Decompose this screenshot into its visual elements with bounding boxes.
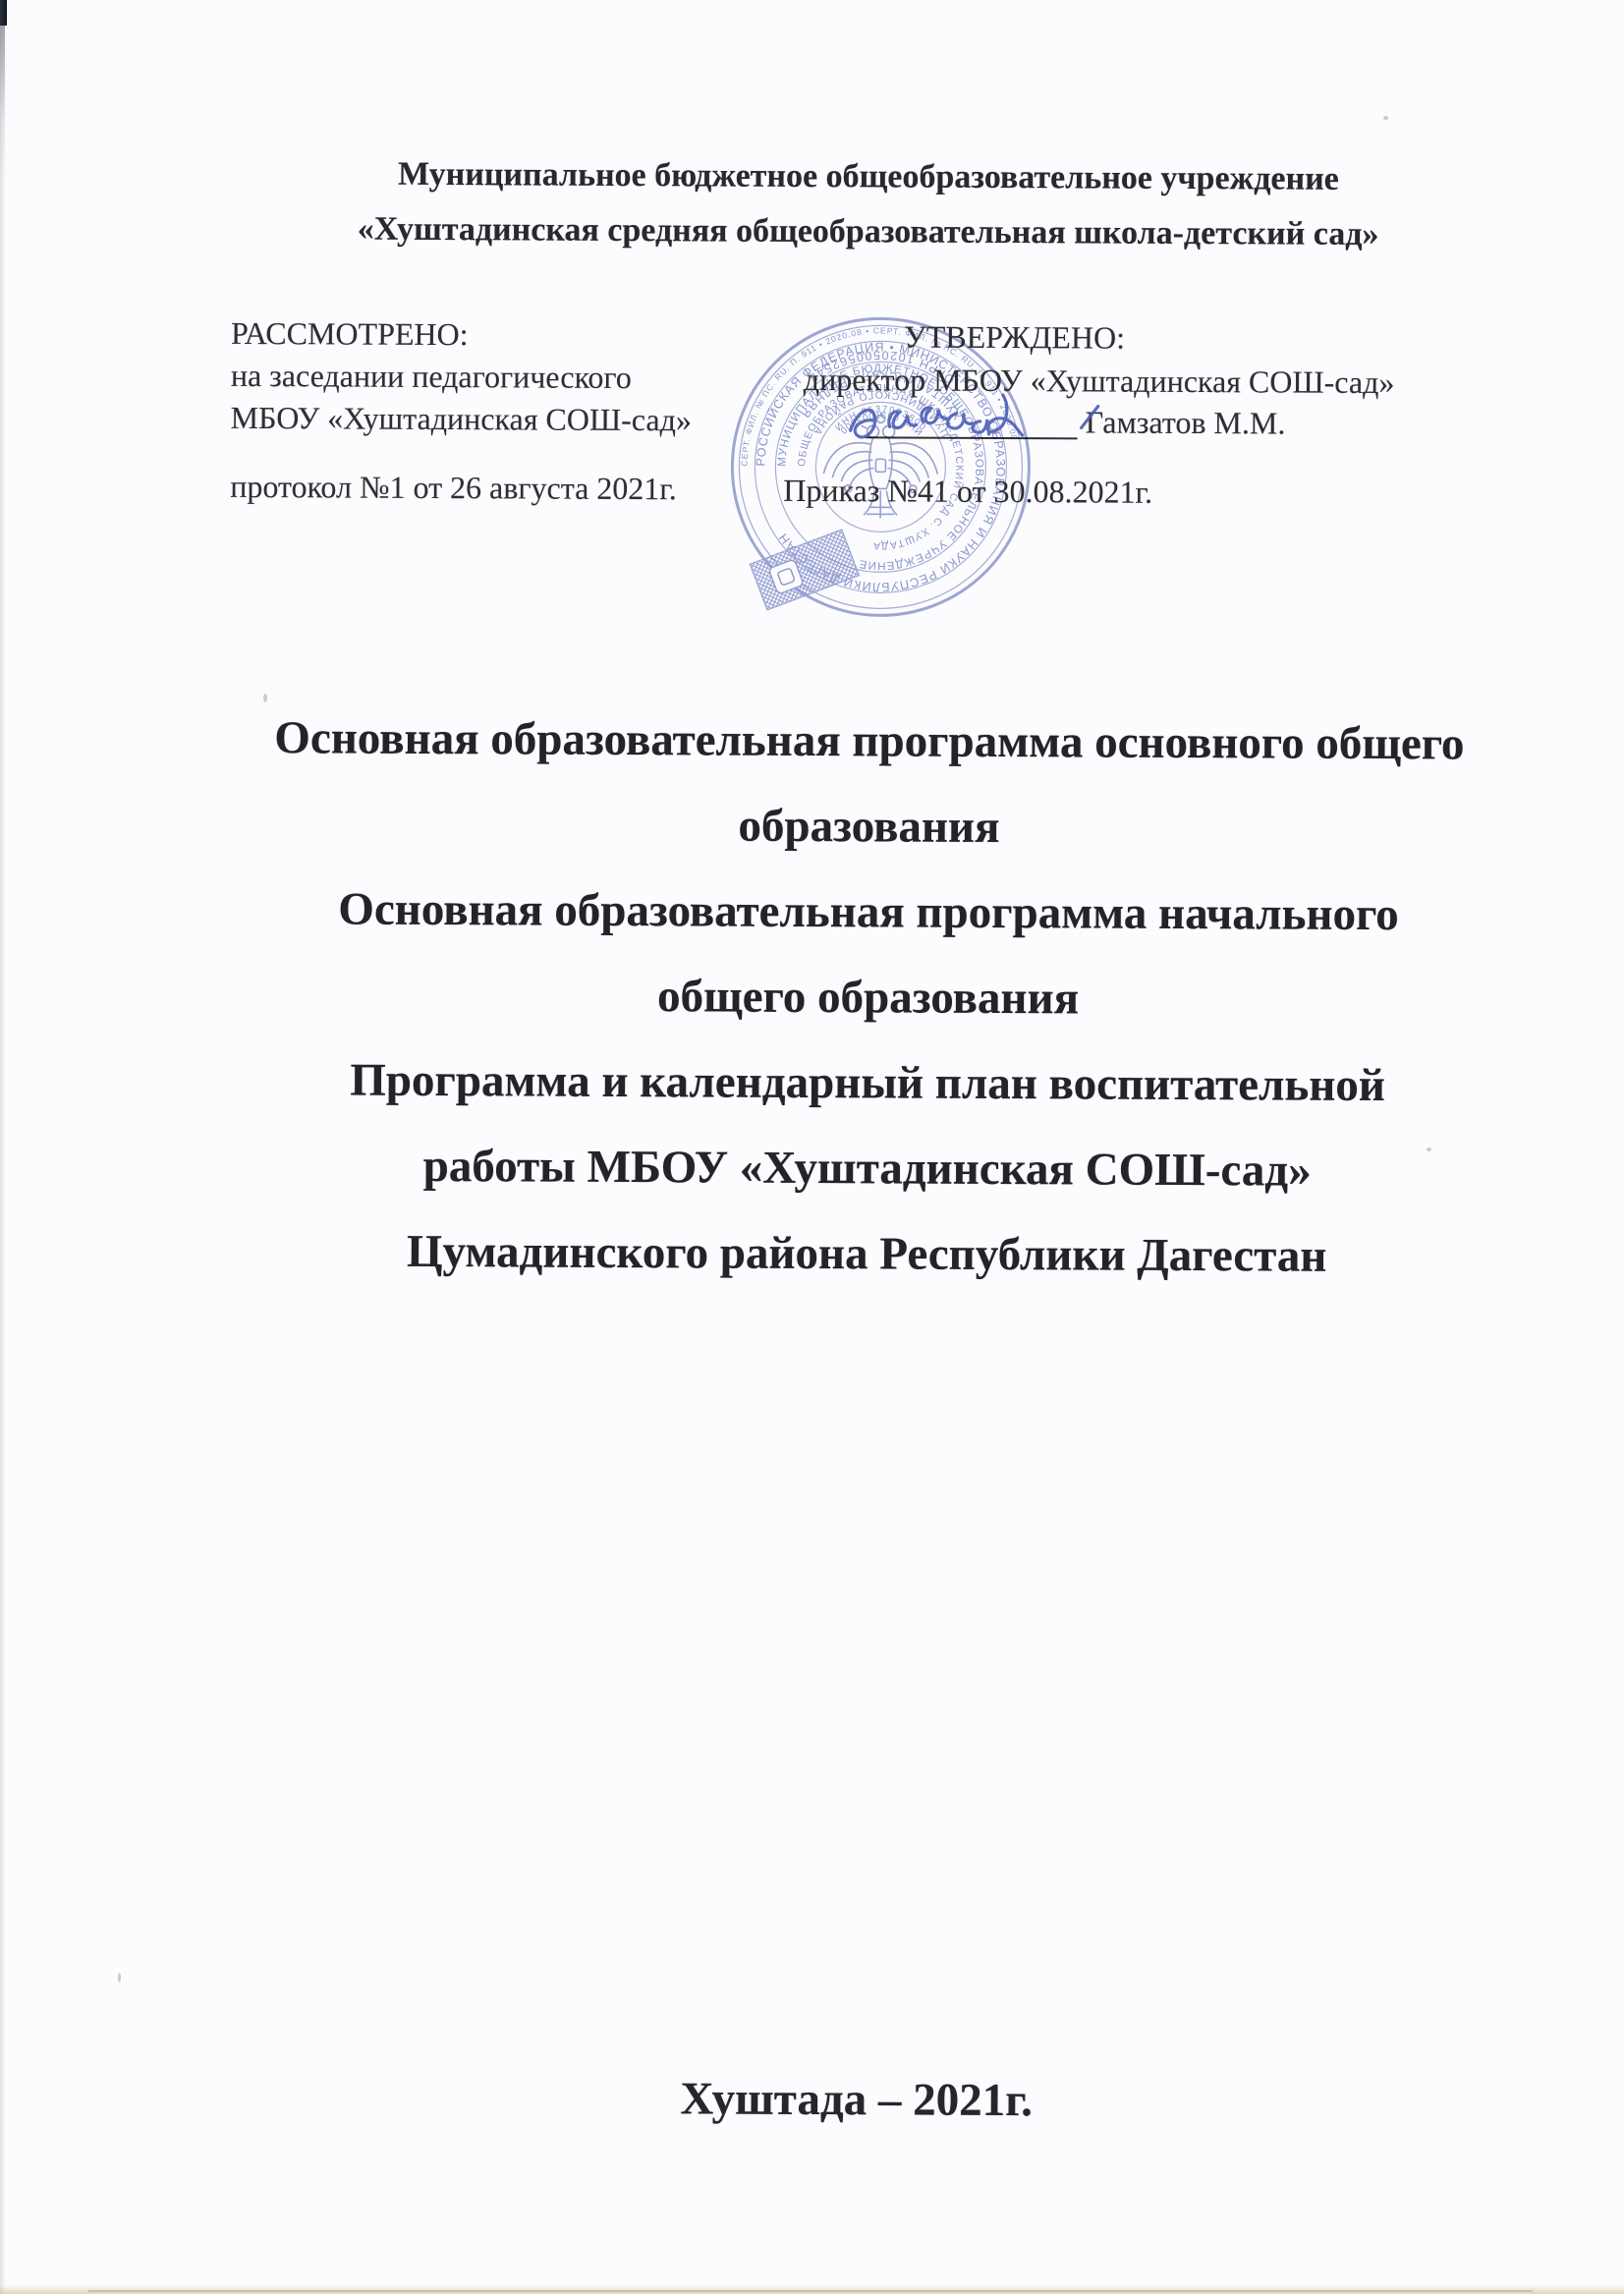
footer-place-year: Хуштада – 2021г. (680, 2072, 1033, 2127)
reviewed-title: РАССМОТРЕНО: (231, 313, 469, 354)
title-line-2: образования (141, 780, 1596, 873)
approved-order: Приказ №41 от 30.08.2021г. (783, 471, 1152, 512)
reviewed-protocol: протокол №1 от 26 августа 2021г. (230, 467, 677, 508)
approved-title: УТВЕРЖДЕНО: (904, 316, 1125, 357)
title-line-4: общего образования (140, 951, 1595, 1044)
stamp-hatched-band (750, 530, 859, 610)
title-line-3: Основная образовательная программа начал… (141, 866, 1596, 959)
title-line-5: Программа и календарный план воспитатель… (140, 1036, 1595, 1130)
header-line-1: Муниципальное бюджетное общеобразователь… (171, 146, 1566, 208)
document-header: Муниципальное бюджетное общеобразователь… (171, 146, 1567, 263)
reviewed-line-1: на заседании педагогического (231, 356, 632, 397)
title-line-6: работы МБОУ «Хуштадинская СОШ-сад» (140, 1122, 1594, 1215)
document-title: Основная образовательная программа основ… (140, 695, 1596, 1301)
document-page: Муниципальное бюджетное общеобразователь… (0, 0, 1624, 2294)
director-signature (842, 379, 1127, 460)
title-line-1: Основная образовательная программа основ… (142, 695, 1596, 788)
header-line-2: «Хуштадинская средняя общеобразовательна… (171, 201, 1566, 263)
reviewed-line-2: МБОУ «Хуштадинская СОШ-сад» (231, 398, 692, 439)
title-line-7: Цумадинского района Республики Дагестан (140, 1207, 1594, 1301)
